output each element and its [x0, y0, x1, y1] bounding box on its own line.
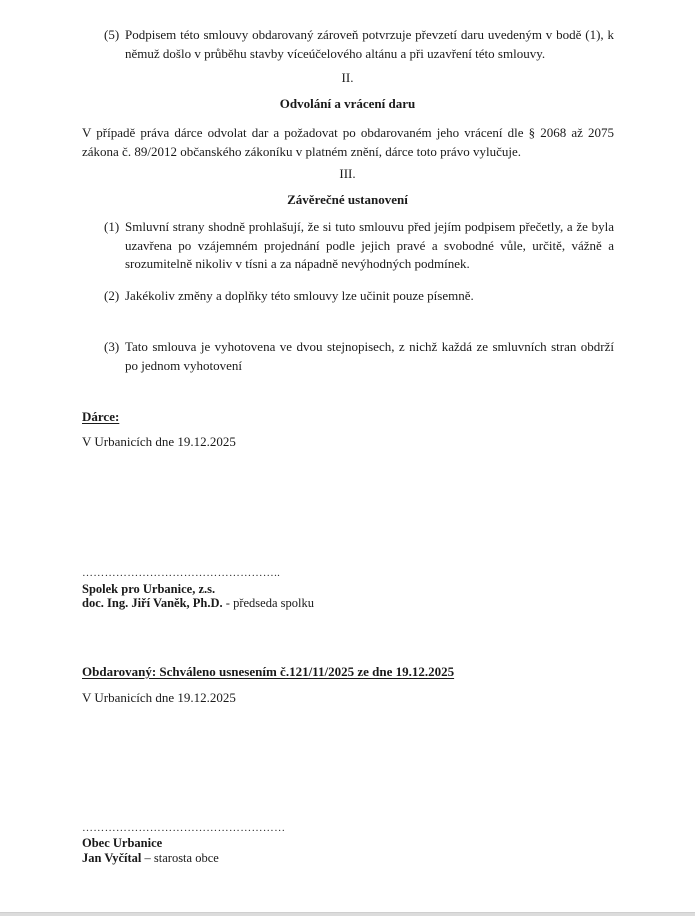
article2-paragraph: V případě práva dárce odvolat dar a poža… — [82, 123, 614, 161]
item-text: Podpisem této smlouvy obdarovaný zároveň… — [125, 26, 614, 63]
donor-heading: Dárce: — [82, 409, 119, 425]
donee-signature-line: ……………………………………………… — [82, 822, 285, 834]
donor-signatory-role: - předseda spolku — [223, 596, 314, 610]
item-number: (1) — [104, 218, 119, 237]
article3-item-1: (1) Smluvní strany shodně prohlašují, že… — [104, 218, 614, 274]
donee-signatory-name: Jan Vyčítal — [82, 851, 141, 865]
page-bottom-edge — [0, 912, 695, 916]
donee-signatory: Jan Vyčítal – starosta obce — [82, 851, 219, 866]
item-text: Tato smlouva je vyhotovena ve dvou stejn… — [125, 338, 614, 375]
donor-signatory-name: doc. Ing. Jiří Vaněk, Ph.D. — [82, 596, 223, 610]
item-text: Smluvní strany shodně prohlašují, že si … — [125, 218, 614, 274]
item-text: Jakékoliv změny a doplňky této smlouvy l… — [125, 287, 614, 306]
article3-title: Závěrečné ustanovení — [0, 192, 695, 208]
item-number: (5) — [104, 26, 119, 45]
article1-item-5: (5) Podpisem této smlouvy obdarovaný zár… — [104, 26, 614, 63]
article2-title: Odvolání a vrácení daru — [0, 96, 695, 112]
donee-heading: Obdarovaný: Schváleno usnesením č.121/11… — [82, 664, 454, 680]
item-number: (2) — [104, 287, 119, 306]
donee-place-date: V Urbanicích dne 19.12.2025 — [82, 690, 236, 706]
article3-item-2: (2) Jakékoliv změny a doplňky této smlou… — [104, 287, 614, 306]
donor-place-date: V Urbanicích dne 19.12.2025 — [82, 434, 236, 450]
donee-signatory-role: – starosta obce — [141, 851, 218, 865]
donor-signatory: doc. Ing. Jiří Vaněk, Ph.D. - předseda s… — [82, 596, 314, 611]
donor-signature-line: …………………………………………….. — [82, 567, 280, 579]
donee-org: Obec Urbanice — [82, 836, 162, 851]
item-number: (3) — [104, 338, 119, 357]
donor-org: Spolek pro Urbanice, z.s. — [82, 582, 215, 597]
document-page: (5) Podpisem této smlouvy obdarovaný zár… — [0, 0, 695, 912]
article3-item-3: (3) Tato smlouva je vyhotovena ve dvou s… — [104, 338, 614, 375]
article3-numeral: III. — [0, 166, 695, 182]
article2-numeral: II. — [0, 70, 695, 86]
